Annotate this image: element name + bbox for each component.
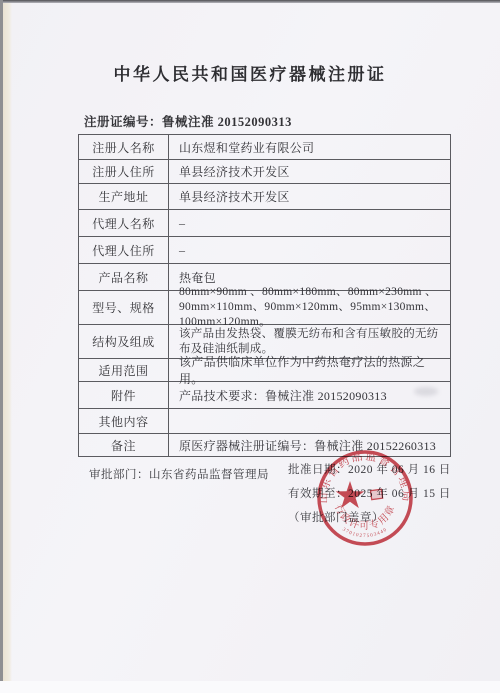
certificate-page: 中华人民共和国医疗器械注册证 注册证编号：鲁械注准 20152090313 注册…	[0, 0, 500, 693]
field-value	[169, 409, 450, 433]
field-value: 单县经济技术开发区	[169, 184, 450, 209]
approval-department-line: 审批部门：山东省药品监督管理局	[89, 466, 269, 482]
field-value: 山东煜和堂药业有限公司	[169, 135, 450, 159]
table-row: 注册人名称 山东煜和堂药业有限公司	[79, 135, 450, 159]
table-row: 适用范围 该产品供临床单位作为中药热奄疗法的热源之用。	[79, 358, 450, 381]
approval-department-value: 山东省药品监督管理局	[149, 469, 269, 481]
field-value: –	[169, 210, 450, 236]
seal-type-text: 行政许可专用章	[332, 502, 398, 532]
page-title: 中华人民共和国医疗器械注册证	[0, 60, 500, 85]
field-label: 注册人住所	[79, 160, 169, 183]
field-label: 备注	[79, 434, 169, 456]
field-label: 型号、规格	[79, 291, 169, 324]
field-label: 结构及组成	[79, 325, 169, 358]
seal-inner-mark	[370, 489, 382, 499]
approval-department-label: 审批部门：	[89, 469, 149, 481]
paper-edge-strip	[3, 3, 12, 681]
field-value: 该产品供临床单位作为中药热奄疗法的热源之用。	[169, 359, 450, 381]
table-row: 代理人住所 –	[79, 236, 450, 263]
scan-edge-bottom	[0, 681, 500, 693]
registration-number-value: 鲁械注准 20152090313	[162, 115, 292, 129]
certificate-table: 注册人名称 山东煜和堂药业有限公司 注册人住所 单县经济技术开发区 生产地址 单…	[78, 134, 451, 457]
field-label: 产品名称	[79, 264, 169, 290]
field-label: 注册人名称	[79, 135, 169, 159]
field-label: 代理人住所	[79, 237, 169, 263]
registration-number-label: 注册证编号：	[84, 115, 162, 129]
seal-org-text: 山东省药品监督管理局	[317, 449, 413, 504]
table-row: 附件 产品技术要求：鲁械注准 20152090313	[79, 381, 450, 408]
field-label: 适用范围	[79, 359, 169, 381]
field-label: 生产地址	[79, 184, 169, 209]
field-label: 代理人名称	[79, 210, 169, 236]
official-seal-stamp: 山东省药品监督管理局 行政许可专用章 3701027503440	[299, 432, 431, 564]
field-value: 80mm×90mm 、80mm×180mm、80mm×230mm 、90mm×1…	[169, 291, 450, 324]
field-value: 产品技术要求：鲁械注准 20152090313	[169, 382, 450, 408]
table-row: 代理人名称 –	[79, 209, 450, 236]
table-row: 其他内容	[79, 408, 450, 433]
registration-number-line: 注册证编号：鲁械注准 20152090313	[84, 112, 292, 130]
field-value: –	[169, 237, 450, 263]
field-value: 单县经济技术开发区	[169, 160, 450, 183]
field-label: 其他内容	[79, 409, 169, 433]
table-row: 生产地址 单县经济技术开发区	[79, 183, 450, 209]
scan-edge-top	[0, 0, 500, 3]
field-label: 附件	[79, 382, 169, 408]
table-row: 型号、规格 80mm×90mm 、80mm×180mm、80mm×230mm 、…	[79, 290, 450, 324]
table-row: 注册人住所 单县经济技术开发区	[79, 159, 450, 183]
